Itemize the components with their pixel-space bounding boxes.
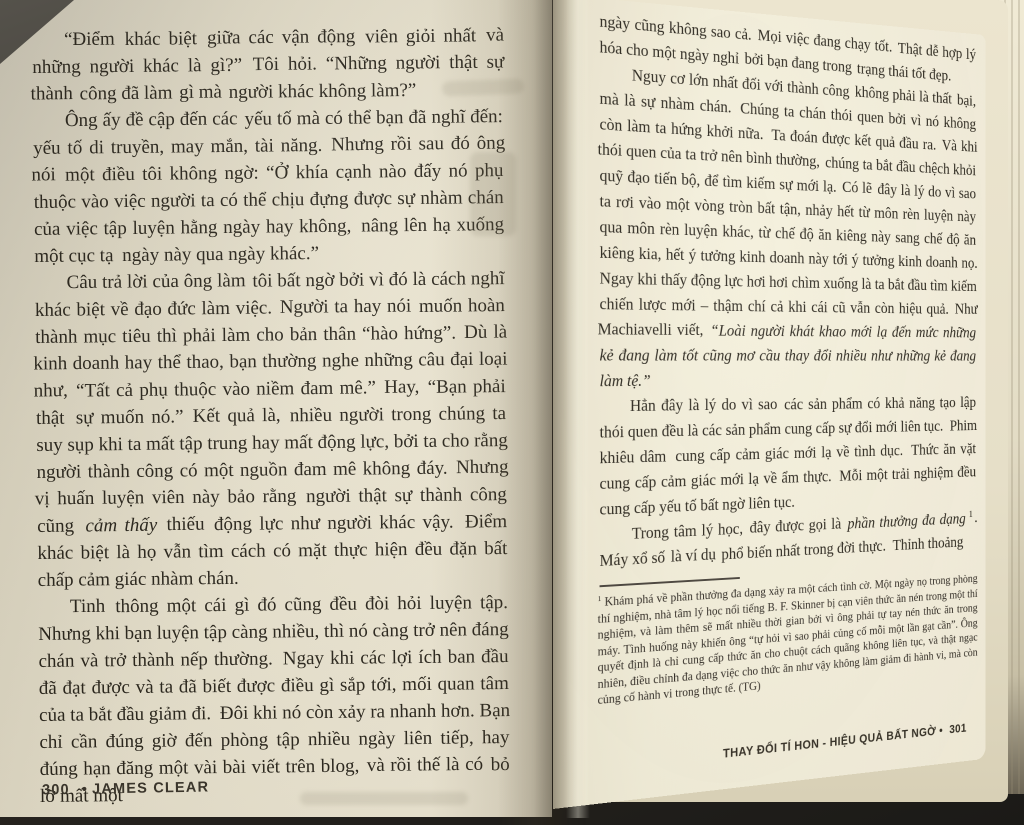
left-page: “Điểm khác biệt giữa các vận động viên g…: [0, 0, 552, 817]
paragraph: “Điểm khác biệt giữa các vận động viên g…: [30, 22, 505, 108]
text-segment: Ông ấy đề cập đến các: [65, 108, 243, 131]
text-segment: Kết quả là,: [185, 405, 288, 427]
ink-bleed-mark: [300, 792, 468, 805]
text-segment: không phải là thất: [851, 82, 955, 107]
right-page-paragraphs: ngày cũng không sao cả. Mọi việc đang ch…: [598, 8, 978, 573]
paragraph: Câu trả lời của ông làm tôi bất ngờ bởi …: [32, 265, 509, 594]
chapter-title: THAY ĐỔI TÍ HON - HIỆU QUẢ BẤT NGỜ: [723, 725, 936, 761]
highlighted-text: thông một cái gì đó cũng đều đòi hỏi luy…: [112, 589, 511, 619]
text-segment: và rồi thế là có: [361, 754, 489, 776]
right-page-number: 301: [944, 713, 972, 745]
highlighted-text: phần thưởng đa dạng: [845, 507, 968, 534]
highlighted-text: công đã làm: [76, 79, 175, 106]
ink-bleed-mark: [442, 79, 524, 97]
text-segment: Câu trả lời của ông làm: [66, 270, 250, 293]
ink-bleed-mark: [470, 152, 516, 236]
text-segment: gì mà: [174, 81, 226, 103]
highlighted-text: động lực như người khác vậy.: [211, 509, 457, 538]
highlighted-text: Máy xổ số: [597, 545, 668, 572]
highlighted-text: ngày này qua ngày khác.”: [119, 240, 322, 268]
right-page-text: ngày cũng không sao cả. Mọi việc đang ch…: [598, 8, 978, 708]
text-segment: là ví dụ: [667, 545, 720, 566]
highlighted-text: khác biệt: [122, 25, 201, 52]
left-page-text: “Điểm khác biệt giữa các vận động viên g…: [30, 22, 512, 810]
text-segment: Có lẽ: [838, 178, 876, 197]
highlighted-text: cảm thấy: [82, 512, 160, 539]
text-segment: .: [974, 509, 977, 526]
paragraph: Nguy cơ lớn nhất đối với thành công khôn…: [598, 60, 978, 394]
text-segment: đây được gọi là: [745, 514, 846, 536]
left-page-footer: 300•JAMES CLEAR: [34, 779, 209, 798]
highlighted-text: “Tất cả phụ thuộc vào niềm đam mê.”: [73, 374, 379, 403]
highlighted-text: Thỉnh thoảng: [890, 530, 966, 556]
highlighted-text: Trong tâm lý học,: [629, 516, 746, 544]
book-photo: “Điểm khác biệt giữa các vận động viên g…: [0, 0, 1024, 825]
highlighted-text: phổ biến nhất trong đời thực.: [719, 534, 889, 565]
footnote-rule: [600, 577, 740, 587]
text-segment: Người ta hay nói: [274, 295, 417, 317]
text-segment: Hay,: [378, 376, 426, 397]
paragraph: Hẳn đây là lý do vì sao các sản phẩm có …: [598, 390, 978, 522]
paragraph: Tinh thông một cái gì đó cũng đều đòi hỏ…: [36, 589, 512, 810]
highlighted-text: sự muốn nó.”: [73, 403, 187, 430]
footnote-body: Khám phá về phần thưởng đa dạng xảy ra m…: [598, 572, 978, 707]
footnote-marker: 1: [598, 594, 602, 603]
highlighted-text: người khác không làm?”: [226, 77, 420, 105]
text-segment: và: [478, 25, 504, 46]
text-segment: giữa các vận động: [199, 26, 363, 49]
author-name: JAMES CLEAR: [92, 779, 209, 797]
text-segment: “Điểm: [64, 29, 123, 51]
right-page: ngày cũng không sao cả. Mọi việc đang ch…: [553, 0, 985, 809]
highlighted-text: những người khác là gì?”: [29, 52, 245, 80]
paragraph: Ông ấy đề cập đến các yếu tố mà có thể b…: [31, 103, 507, 270]
footnote-text: 1 Khám phá về phần thưởng đa dạng xảy ra…: [598, 571, 978, 708]
right-page-footer: THAY ĐỔI TÍ HON - HIỆU QUẢ BẤT NGỜ•301: [723, 721, 970, 760]
text-segment: Hẳn đây là lý do vì sao: [630, 395, 782, 415]
footnote: 1 Khám phá về phần thưởng đa dạng xảy ra…: [598, 563, 978, 708]
text-segment: thiếu: [159, 514, 212, 536]
highlighted-text: viên giỏi nhất: [362, 22, 479, 49]
left-page-number: 300: [30, 773, 82, 808]
footer-bullet: •: [78, 782, 93, 798]
highlighted-text: Ngay khi thấy động lực hơi hơi chìm xuốn…: [597, 266, 979, 320]
text-segment: Tinh: [70, 596, 114, 617]
